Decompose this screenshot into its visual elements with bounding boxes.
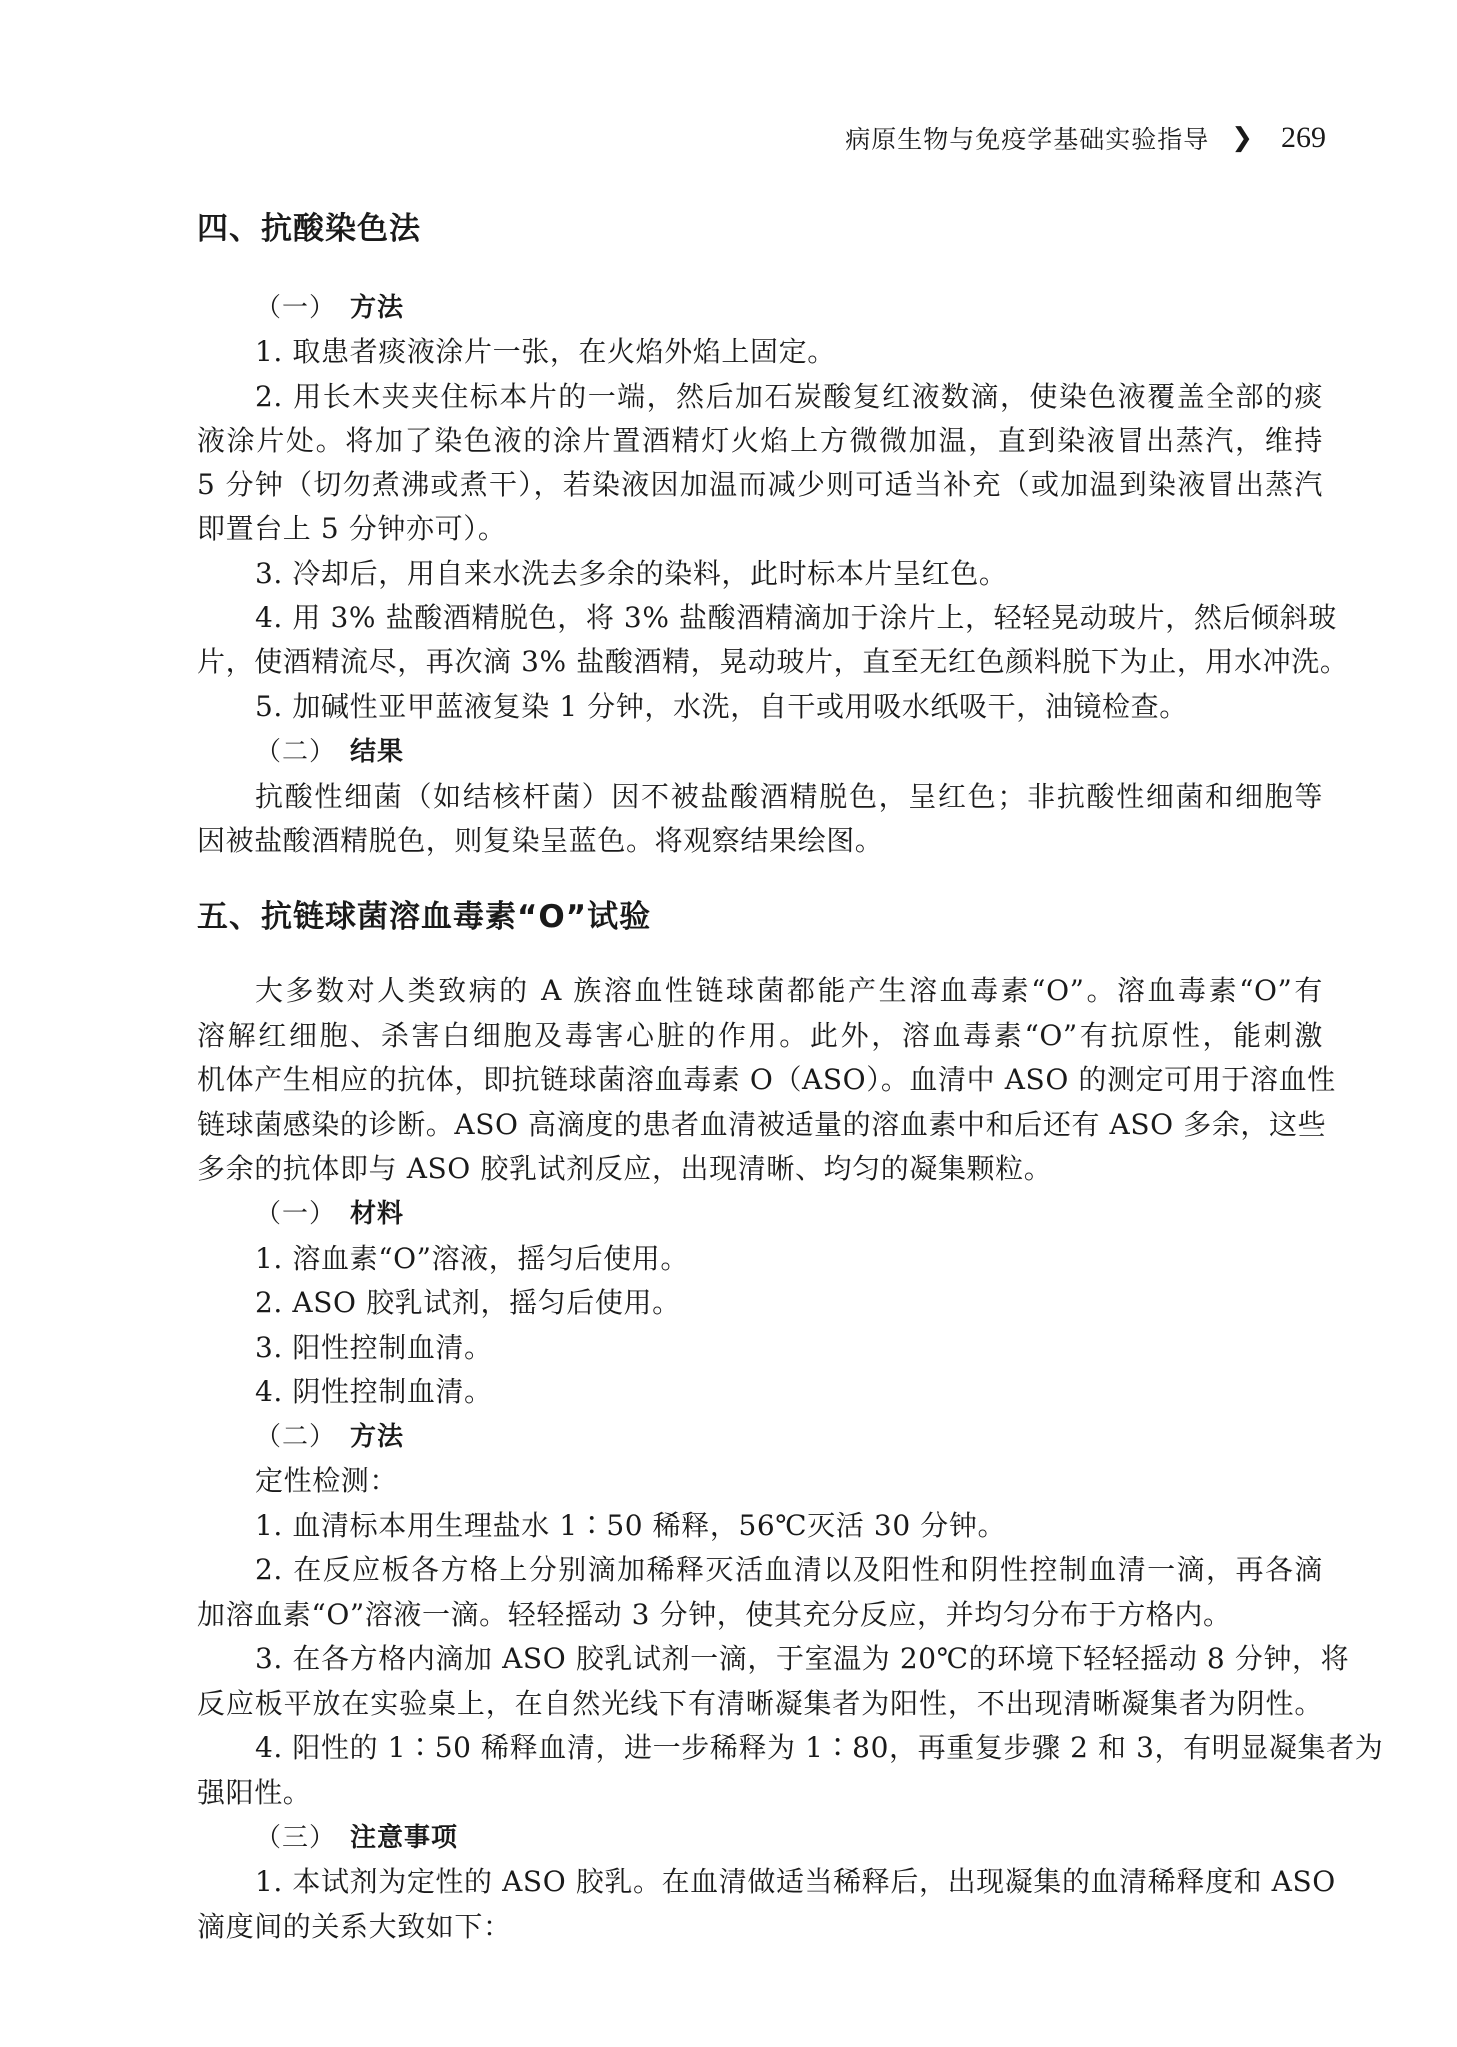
subsection-heading: （一）材料 [255, 1192, 404, 1236]
chevron-right-icon: ❯ [1231, 123, 1253, 153]
subsection-title: 方法 [350, 293, 404, 323]
subsection-number: （二） [255, 1422, 336, 1452]
paragraph-line: 片，使酒精流尽，再次滴 3% 盐酸酒精，晃动玻片，直至无红色颜料脱下为止，用水冲… [197, 640, 1323, 684]
paragraph-line: 3. 在各方格内滴加 ASO 胶乳试剂一滴，于室温为 20℃的环境下轻轻摇动 8… [197, 1637, 1323, 1681]
paragraph-line: 机体产生相应的抗体，即抗链球菌溶血毒素 O（ASO）。血清中 ASO 的测定可用… [197, 1058, 1323, 1102]
page-number: 269 [1281, 121, 1326, 155]
paragraph-line: 1. 本试剂为定性的 ASO 胶乳。在血清做适当稀释后，出现凝集的血清稀释度和 … [197, 1860, 1323, 1904]
list-item: 4. 阴性控制血清。 [197, 1370, 1323, 1414]
paragraph-line: 溶解红细胞、杀害白细胞及毒害心脏的作用。此外，溶血毒素“O”有抗原性，能刺激 [197, 1014, 1323, 1058]
paragraph-line: 液涂片处。将加了染色液的涂片置酒精灯火焰上方微微加温，直到染液冒出蒸汽，维持 [197, 419, 1323, 463]
book-title: 病原生物与免疫学基础实验指导 [845, 120, 1209, 156]
paragraph-line: 4. 阳性的 1∶50 稀释血清，进一步稀释为 1∶80，再重复步骤 2 和 3… [197, 1726, 1323, 1770]
paragraph-line: 滴度间的关系大致如下： [197, 1905, 1323, 1949]
paragraph-line: 4. 用 3% 盐酸酒精脱色，将 3% 盐酸酒精滴加于涂片上，轻轻晃动玻片，然后… [197, 596, 1323, 640]
paragraph-line: 大多数对人类致病的 A 族溶血性链球菌都能产生溶血毒素“O”。溶血毒素“O”有 [197, 969, 1323, 1013]
paragraph-line: 强阳性。 [197, 1771, 1323, 1815]
subsection-title: 材料 [350, 1199, 404, 1229]
list-item: 3. 阳性控制血清。 [197, 1326, 1323, 1370]
running-head: 病原生物与免疫学基础实验指导 ❯ 269 [845, 118, 1326, 158]
subsection-heading: （三）注意事项 [255, 1816, 458, 1860]
paragraph-line: 定性检测： [197, 1459, 1323, 1503]
paragraph-line: 因被盐酸酒精脱色，则复染呈蓝色。将观察结果绘图。 [197, 819, 1323, 863]
subsection-number: （二） [255, 737, 336, 767]
subsection-heading: （二）方法 [255, 1415, 404, 1459]
paragraph-line: 5. 加碱性亚甲蓝液复染 1 分钟，水洗，自干或用吸水纸吸干，油镜检查。 [197, 685, 1323, 729]
paragraph-line: 抗酸性细菌（如结核杆菌）因不被盐酸酒精脱色，呈红色；非抗酸性细菌和细胞等 [197, 775, 1323, 819]
paragraph-line: 2. 在反应板各方格上分别滴加稀释灭活血清以及阳性和阴性控制血清一滴，再各滴 [197, 1548, 1323, 1592]
subsection-title: 方法 [350, 1422, 404, 1452]
paragraph-line: 5 分钟（切勿煮沸或煮干），若染液因加温而减少则可适当补充（或加温到染液冒出蒸汽 [197, 463, 1323, 507]
paragraph-line: 反应板平放在实验桌上，在自然光线下有清晰凝集者为阳性，不出现清晰凝集者为阴性。 [197, 1682, 1323, 1726]
section-heading: 五、抗链球菌溶血毒素“O”试验 [197, 895, 651, 939]
subsection-number: （一） [255, 293, 336, 323]
paragraph-line: 2. 用长木夹夹住标本片的一端，然后加石炭酸复红液数滴，使染色液覆盖全部的痰 [197, 375, 1323, 419]
subsection-title: 注意事项 [350, 1823, 458, 1853]
subsection-heading: （一）方法 [255, 286, 404, 330]
subsection-title: 结果 [350, 737, 404, 767]
list-item: 1. 溶血素“O”溶液，摇匀后使用。 [197, 1237, 1323, 1281]
list-item: 2. ASO 胶乳试剂，摇匀后使用。 [197, 1281, 1323, 1325]
section-heading: 四、抗酸染色法 [197, 207, 421, 251]
paragraph-line: 1. 取患者痰液涂片一张，在火焰外焰上固定。 [197, 330, 1323, 374]
paragraph-line: 链球菌感染的诊断。ASO 高滴度的患者血清被适量的溶血素中和后还有 ASO 多余… [197, 1103, 1323, 1147]
paragraph-line: 多余的抗体即与 ASO 胶乳试剂反应，出现清晰、均匀的凝集颗粒。 [197, 1147, 1323, 1191]
paragraph-line: 1. 血清标本用生理盐水 1∶50 稀释，56℃灭活 30 分钟。 [197, 1504, 1323, 1548]
paragraph-line: 即置台上 5 分钟亦可）。 [197, 507, 1323, 551]
subsection-number: （一） [255, 1199, 336, 1229]
paragraph-line: 3. 冷却后，用自来水洗去多余的染料，此时标本片呈红色。 [197, 552, 1323, 596]
subsection-number: （三） [255, 1823, 336, 1853]
paragraph-line: 加溶血素“O”溶液一滴。轻轻摇动 3 分钟，使其充分反应，并均匀分布于方格内。 [197, 1593, 1323, 1637]
subsection-heading: （二）结果 [255, 730, 404, 774]
